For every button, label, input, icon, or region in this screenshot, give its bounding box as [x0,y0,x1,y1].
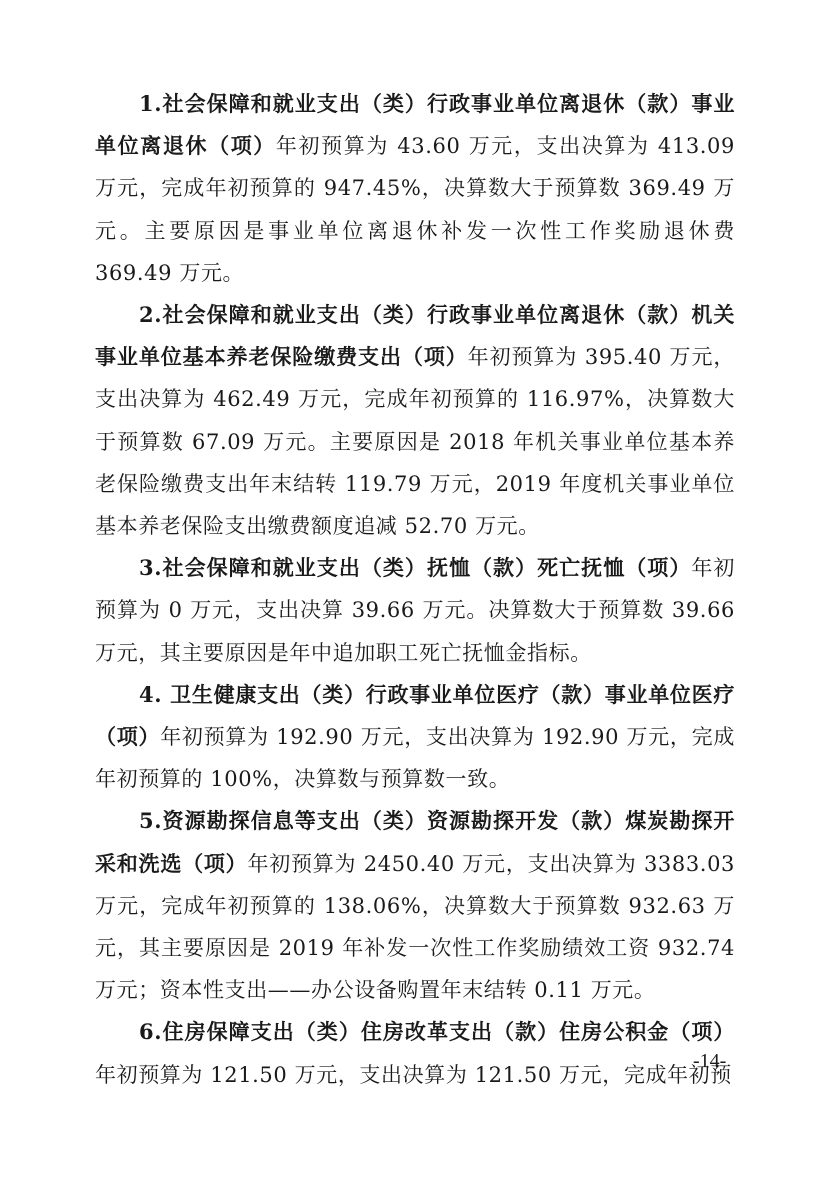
paragraph-5: 5.资源勘探信息等支出（类）资源勘探开发（款）煤炭勘探开采和洗选（项）年初预算为… [95,800,735,1011]
paragraph-2: 2.社会保障和就业支出（类）行政事业单位离退休（款）机关事业单位基本养老保险缴费… [95,294,735,547]
paragraph-text: 年初预算为 121.50 万元，支出决算为 121.50 万元，完成年初预 [95,1063,732,1087]
paragraph-text: 年初预算为 192.90 万元，支出决算为 192.90 万元，完成年初预算的 … [95,725,735,791]
paragraph-6: 6.住房保障支出（类）住房改革支出（款）住房公积金（项）年初预算为 121.50… [95,1011,735,1095]
paragraph-text: 年初预算为 395.40 万元，支出决算为 462.49 万元，完成年初预算的 … [95,345,735,538]
paragraph-4: 4. 卫生健康支出（类）行政事业单位医疗（款）事业单位医疗（项）年初预算为 19… [95,674,735,801]
paragraph-3: 3.社会保障和就业支出（类）抚恤（款）死亡抚恤（项）年初预算为 0 万元，支出决… [95,547,735,674]
paragraph-heading: 6.住房保障支出（类）住房改革支出（款）住房公积金（项） [139,1019,735,1044]
document-body: 1.社会保障和就业支出（类）行政事业单位离退休（款）事业单位离退休（项）年初预算… [95,83,735,1096]
page-number: -14- [693,1050,726,1073]
paragraph-1: 1.社会保障和就业支出（类）行政事业单位离退休（款）事业单位离退休（项）年初预算… [95,83,735,294]
document-page: 1.社会保障和就业支出（类）行政事业单位离退休（款）事业单位离退休（项）年初预算… [0,0,840,1188]
paragraph-heading: 3.社会保障和就业支出（类）抚恤（款）死亡抚恤（项） [139,555,691,580]
